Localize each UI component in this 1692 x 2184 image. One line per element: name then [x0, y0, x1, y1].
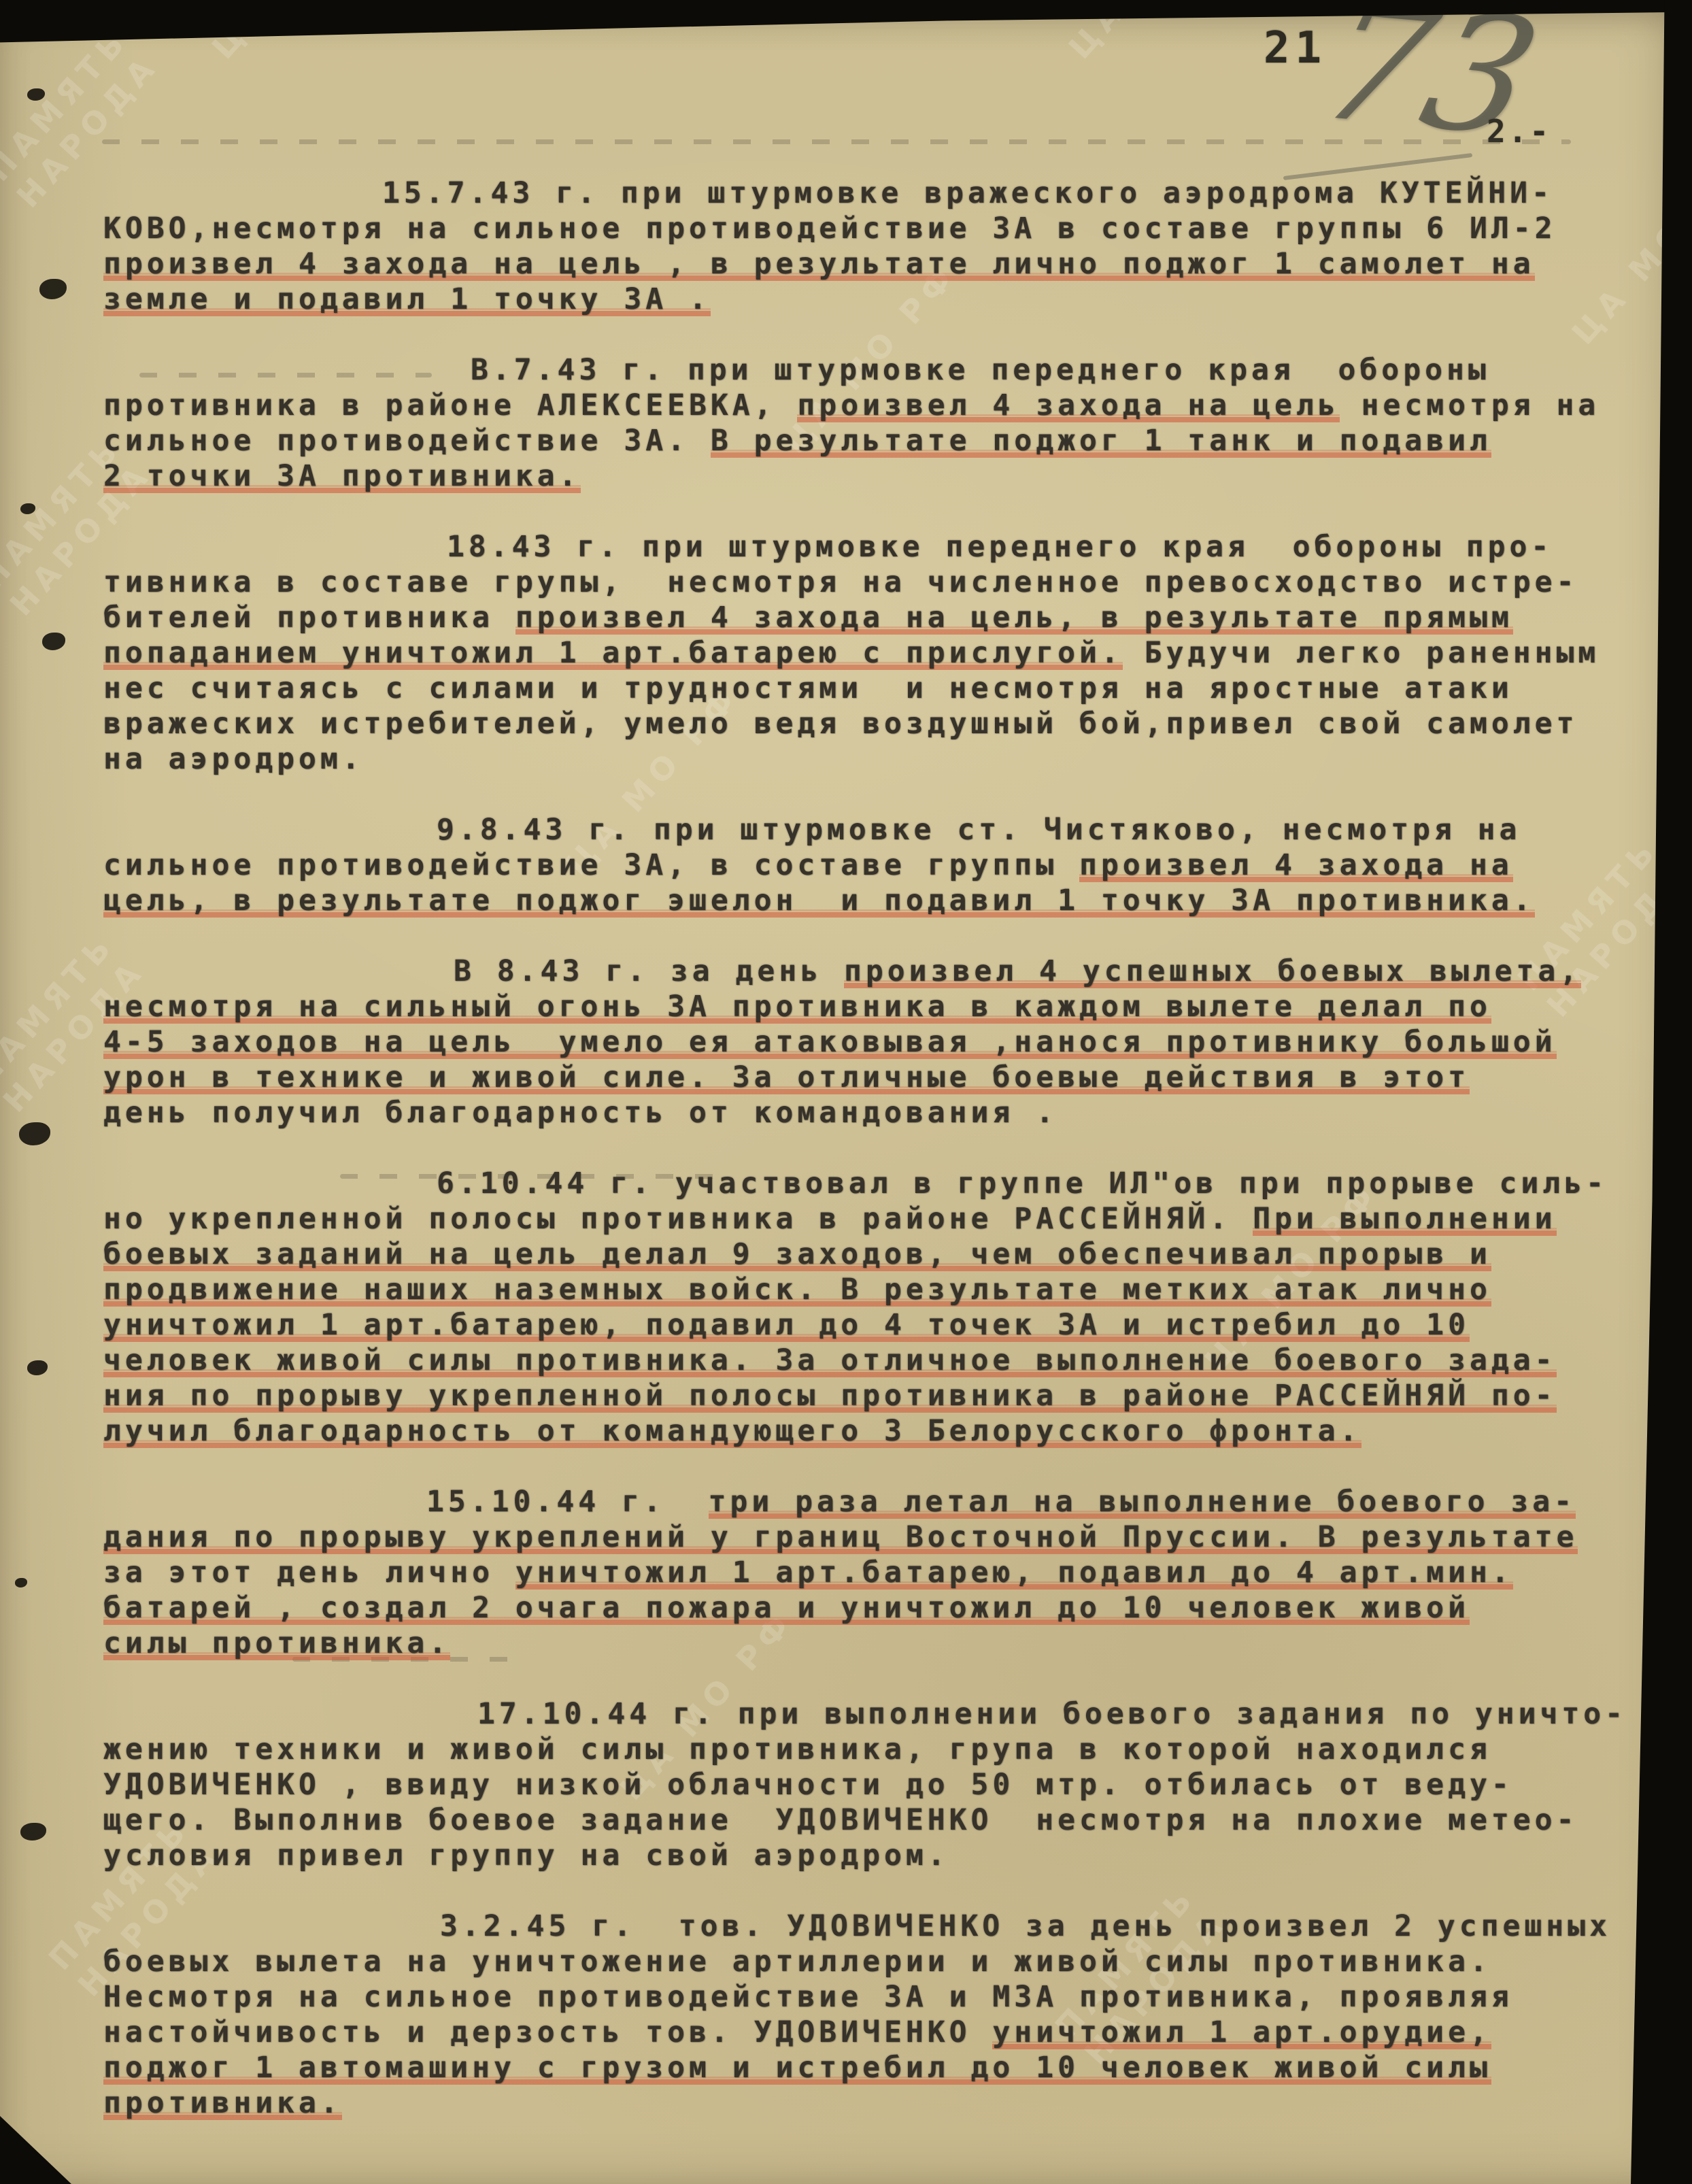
underlined-text: батарей , создал 2 очага пожара и уничто…	[103, 1591, 1470, 1625]
typed-text: 17.10.44 г. при выполнении боевого задан…	[477, 1697, 1627, 1731]
typed-text: 15.10.44 г.	[426, 1485, 709, 1519]
underlined-text: продвижение наших наземных войск. В резу…	[103, 1273, 1491, 1307]
text-line: на аэродром.	[103, 741, 1647, 777]
text-line: сильное противодействие ЗА, в составе гр…	[103, 847, 1647, 883]
typed-text: боевых вылета на уничтожение артиллерии …	[103, 1945, 1491, 1979]
underlined-text: несмотря на сильный огонь ЗА противника …	[103, 990, 1491, 1024]
text-line: поджог 1 автомашину с грузом и истребил …	[103, 2050, 1647, 2085]
underlined-text: противника.	[103, 2086, 342, 2120]
underlined-text: человек живой силы противника. За отличн…	[103, 1343, 1557, 1377]
text-line: 15.10.44 г. три раза летал на выполнение…	[103, 1484, 1647, 1519]
underlined-text: уничтожил 1 арт.батарею, подавил до 4 то…	[103, 1308, 1470, 1342]
text-line: несмотря на сильный огонь ЗА противника …	[103, 989, 1647, 1024]
typed-text: на аэродром.	[103, 742, 364, 776]
underlined-text: произвел 4 захода на цель , в результате…	[103, 247, 1535, 281]
text-line: урон в технике и живой силе. За отличные…	[103, 1060, 1647, 1095]
text-line: жению техники и живой силы противника, г…	[103, 1732, 1647, 1767]
text-line: боевых заданий на цель делал 9 заходов, …	[103, 1237, 1647, 1272]
text-line: Несмотря на сильное противодействие ЗА и…	[103, 1979, 1647, 2015]
text-line: настойчивость и дерзость тов. УДОВИЧЕНКО…	[103, 2015, 1647, 2050]
text-line: цель, в результате поджог эшелон и подав…	[103, 883, 1647, 918]
text-line: 4-5 заходов на цель умело ея атаковывая …	[103, 1024, 1647, 1060]
smudge-mark	[102, 139, 1571, 144]
typed-text: КОВО,несмотря на сильное противодействие…	[103, 212, 1557, 246]
document-text: 15.7.43 г. при штурмовке вражеского аэро…	[103, 175, 1647, 2156]
typed-text: нес считаясь с силами и трудностями и не…	[103, 671, 1513, 705]
text-line: КОВО,несмотря на сильное противодействие…	[103, 211, 1647, 246]
typed-text: бителей противника	[103, 601, 515, 635]
text-line: произвел 4 захода на цель , в результате…	[103, 246, 1647, 282]
text-line: тивника в составе групы, несмотря на чис…	[103, 565, 1647, 600]
text-line: за этот день лично уничтожил 1 арт.батар…	[103, 1555, 1647, 1590]
typed-text: 3.2.45 г. тов. УДОВИЧЕНКО за день произв…	[440, 1909, 1611, 1943]
typed-text: тивника в составе групы, несмотря на чис…	[103, 565, 1578, 599]
typed-text: противника в районе АЛЕКСЕЕВКА,	[103, 388, 797, 422]
underlined-text: дания по прорыву укреплений у границ Вос…	[103, 1520, 1578, 1554]
text-line: 6.10.44 г. участвовал в группе ИЛ"ов при…	[103, 1166, 1647, 1201]
underlined-text: произвел 4 захода на	[1079, 848, 1513, 882]
text-line: 15.7.43 г. при штурмовке вражеского аэро…	[103, 175, 1647, 211]
text-line: земле и подавил 1 точку ЗА .	[103, 282, 1647, 317]
paragraph: 6.10.44 г. участвовал в группе ИЛ"ов при…	[103, 1166, 1647, 1449]
typed-text: несмотря на	[1340, 388, 1600, 422]
underlined-text: силы противника.	[103, 1626, 450, 1660]
underlined-text: поджог 1 автомашину с грузом и истребил …	[103, 2051, 1491, 2085]
typed-text: В 8.43 г. за день	[454, 954, 844, 988]
underlined-text: произвел 4 успешных боевых вылета,	[844, 954, 1581, 988]
text-line: батарей , создал 2 очага пожара и уничто…	[103, 1590, 1647, 1626]
text-line: В 8.43 г. за день произвел 4 успешных бо…	[103, 954, 1647, 989]
text-line: щего. Выполнив боевое задание УДОВИЧЕНКО…	[103, 1802, 1647, 1838]
text-line: ния по прорыву укрепленной полосы против…	[103, 1378, 1647, 1413]
paragraph: 3.2.45 г. тов. УДОВИЧЕНКО за день произв…	[103, 1909, 1647, 2121]
text-line: 3.2.45 г. тов. УДОВИЧЕНКО за день произв…	[103, 1909, 1647, 1944]
text-line: условия привел группу на свой аэродром.	[103, 1838, 1647, 1873]
text-line: но укрепленной полосы противника в район…	[103, 1201, 1647, 1237]
underlined-text: боевых заданий на цель делал 9 заходов, …	[103, 1237, 1491, 1271]
underlined-text: 4-5 заходов на цель умело ея атаковывая …	[103, 1025, 1557, 1059]
underlined-text: произвел 4 захода на цель, в результате …	[515, 601, 1513, 635]
text-line: уничтожил 1 арт.батарею, подавил до 4 то…	[103, 1307, 1647, 1343]
text-line: дания по прорыву укреплений у границ Вос…	[103, 1519, 1647, 1555]
typed-text: Будучи легко раненным	[1123, 636, 1600, 670]
typed-text: день получил благодарность от командован…	[103, 1096, 1057, 1130]
typed-text: настойчивость и дерзость тов. УДОВИЧЕНКО	[103, 2015, 992, 2049]
typed-text: вражеских истребителей, умело ведя возду…	[103, 707, 1578, 741]
underlined-text: В результате поджог 1 танк и подавил	[711, 424, 1491, 458]
text-line: бителей противника произвел 4 захода на …	[103, 600, 1647, 635]
text-line: 2 точки ЗА противника.	[103, 458, 1647, 494]
text-line: вражеских истребителей, умело ведя возду…	[103, 706, 1647, 741]
paragraph: 15.7.43 г. при штурмовке вражеского аэро…	[103, 175, 1647, 317]
typed-text: В.7.43 г. при штурмовке переднего края о…	[471, 353, 1490, 387]
underlined-text: лучил благодарность от командующего 3 Бе…	[103, 1414, 1361, 1448]
typed-text: Несмотря на сильное противодействие ЗА и…	[103, 1980, 1513, 2014]
typed-text: сильное противодействие ЗА, в составе гр…	[103, 848, 1079, 882]
scanned-document-page: ЦА МО РФЦА МО РФЦА МО РФПАМЯТЬ НАРОДАПАМ…	[0, 0, 1692, 2184]
text-line: силы противника.	[103, 1626, 1647, 1661]
text-line: 9.8.43 г. при штурмовке ст. Чистяково, н…	[103, 812, 1647, 847]
typed-text: сильное противодействие ЗА.	[103, 424, 711, 458]
text-line: день получил благодарность от командован…	[103, 1095, 1647, 1130]
text-line: боевых вылета на уничтожение артиллерии …	[103, 1944, 1647, 1979]
text-line: В.7.43 г. при штурмовке переднего края о…	[103, 352, 1647, 388]
paragraph: 15.10.44 г. три раза летал на выполнение…	[103, 1484, 1647, 1661]
text-line: человек живой силы противника. За отличн…	[103, 1343, 1647, 1378]
typed-text: 18.43 г. при штурмовке переднего края об…	[447, 530, 1553, 564]
underlined-text: уничтожил 1 арт.орудие,	[992, 2015, 1491, 2049]
typed-text: жению техники и живой силы противника, г…	[103, 1732, 1491, 1766]
paragraph: В.7.43 г. при штурмовке переднего края о…	[103, 352, 1647, 494]
underlined-text: При выполнении	[1253, 1202, 1556, 1236]
underlined-text: 2 точки ЗА противника.	[103, 459, 581, 493]
page-number: 21	[1264, 23, 1327, 73]
paragraph: 18.43 г. при штурмовке переднего края об…	[103, 529, 1647, 777]
paragraph: В 8.43 г. за день произвел 4 успешных бо…	[103, 954, 1647, 1130]
underlined-text: цель, в результате поджог эшелон и подав…	[103, 884, 1535, 918]
paragraph: 9.8.43 г. при штурмовке ст. Чистяково, н…	[103, 812, 1647, 918]
typed-text: щего. Выполнив боевое задание УДОВИЧЕНКО…	[103, 1803, 1578, 1837]
text-line: 17.10.44 г. при выполнении боевого задан…	[103, 1696, 1647, 1732]
typed-text: условия привел группу на свой аэродром.	[103, 1838, 949, 1872]
underlined-text: урон в технике и живой силе. За отличные…	[103, 1060, 1470, 1094]
text-line: нес считаясь с силами и трудностями и не…	[103, 671, 1647, 706]
underlined-text: земле и подавил 1 точку ЗА .	[103, 282, 711, 316]
typed-text: но укрепленной полосы противника в район…	[103, 1202, 1253, 1236]
text-line: сильное противодействие ЗА. В результате…	[103, 423, 1647, 458]
underlined-text: попаданием уничтожил 1 арт.батарею с при…	[103, 636, 1123, 670]
text-line: противника в районе АЛЕКСЕЕВКА, произвел…	[103, 388, 1647, 423]
typed-text: 6.10.44 г. участвовал в группе ИЛ"ов при…	[437, 1166, 1608, 1200]
typed-text: 15.7.43 г. при штурмовке вражеского аэро…	[382, 176, 1553, 210]
text-line: лучил благодарность от командующего 3 Бе…	[103, 1413, 1647, 1449]
underlined-text: уничтожил 1 арт.батарею, подавил до 4 ар…	[515, 1556, 1513, 1590]
text-line: продвижение наших наземных войск. В резу…	[103, 1272, 1647, 1307]
underlined-text: произвел 4 захода на цель	[797, 388, 1339, 422]
underlined-text: ния по прорыву укрепленной полосы против…	[103, 1379, 1557, 1413]
text-line: 18.43 г. при штурмовке переднего края об…	[103, 529, 1647, 565]
typed-text: УДОВИЧЕНКО , ввиду низкой облачности до …	[103, 1768, 1513, 1802]
typed-text: за этот день лично	[103, 1556, 515, 1590]
underlined-text: три раза летал на выполнение боевого за-	[709, 1485, 1576, 1519]
typed-text: 9.8.43 г. при штурмовке ст. Чистяково, н…	[437, 813, 1521, 847]
text-line: противника.	[103, 2085, 1647, 2121]
text-line: УДОВИЧЕНКО , ввиду низкой облачности до …	[103, 1767, 1647, 1802]
text-line: попаданием уничтожил 1 арт.батарею с при…	[103, 635, 1647, 671]
paragraph: 17.10.44 г. при выполнении боевого задан…	[103, 1696, 1647, 1873]
